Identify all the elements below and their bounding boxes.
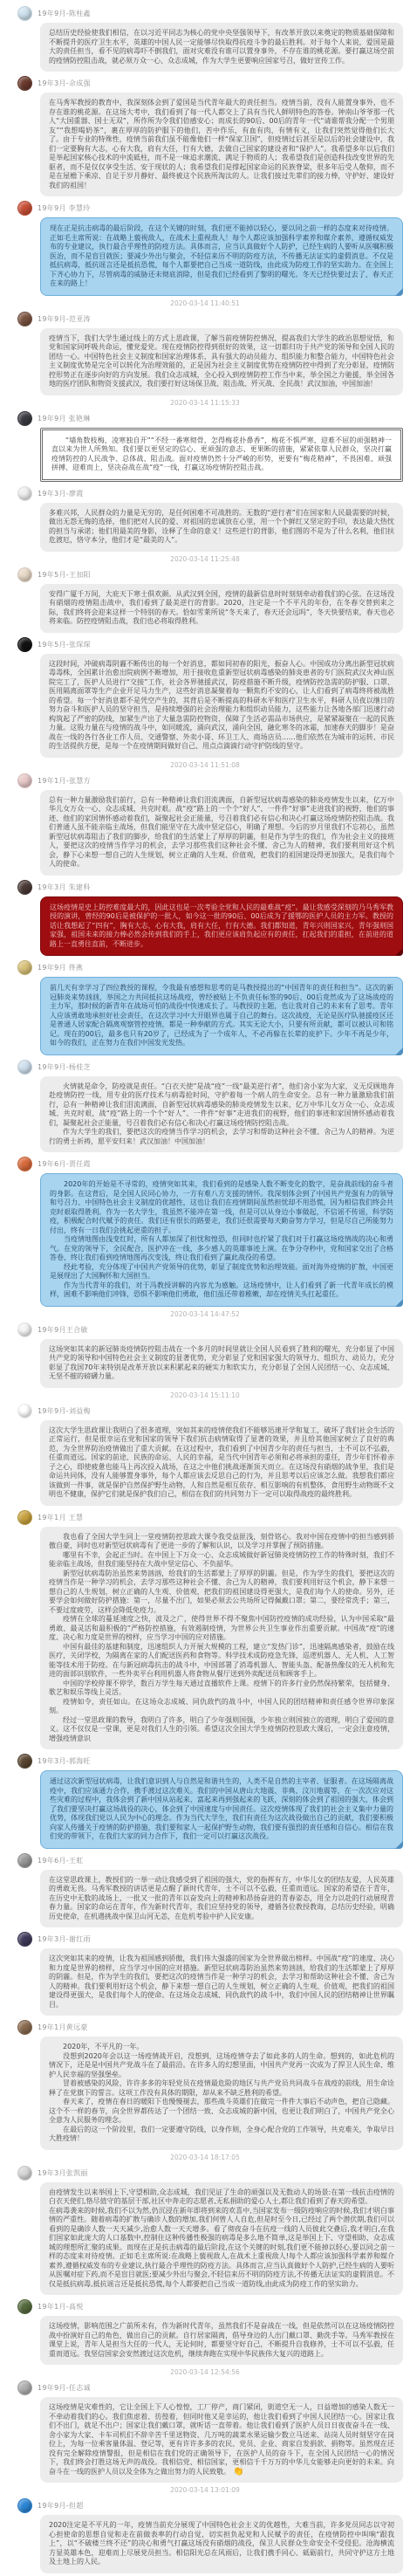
comment: 19年1月-张慧方 总有一种力量激励我们前行，总有一种精神让我们泪流满面，自新型… xyxy=(0,773,410,876)
user-avatar[interactable] xyxy=(17,411,32,426)
comment-bubble: 2020年的开始是不寻常的，疫情突如其来，我们看到的是感染人数不断变化的数字，是… xyxy=(40,1173,403,1307)
comment-bubble: 通过这次新型冠状病毒，让我们意识到人与自然是和谐共生的，人类不是自然的主宰者、征… xyxy=(40,1770,403,1849)
timestamp: 2020-03-14 14:47:52 xyxy=(0,1310,410,1318)
comment: 19年5月-张琛琛 这段时间，冲破病毒阴霾不断传出的每一个好消息，都如同初春的阳… xyxy=(0,637,410,758)
timestamp: 2020-03-14 13:01:09 xyxy=(0,2486,410,2494)
comment-bubble: 这次突如其来的疫情，让我为祖国感到骄傲，我们伟大强盛的国家为全世界做出榜样。中国… xyxy=(40,1948,403,2016)
comment: 19年9月 李慧玲 现在正是抗击病毒的最后阶段，在这个关键的时刻，我们更不能掉以… xyxy=(0,201,410,296)
comment-header: 19年9月-但超 xyxy=(17,2498,410,2513)
comment: 19年9月-刘益梅 这次大学生思政课让我明白了很多道理，突如其来的疫情使我们不能… xyxy=(0,1404,410,1506)
timestamp: 2020-03-14 11:25:48 xyxy=(0,555,410,563)
user-avatar[interactable] xyxy=(17,1932,32,1947)
comment: 19年3月 朱建科 这场疫情是史上防控难度最大的，因此这也是一次考验全党和人民的… xyxy=(0,880,410,957)
comment-paragraph: 当疫情地图由浅变红时，所有人都加深了担忧和惶恐，但同时也拧紧了我们对于打赢这场疫… xyxy=(50,1235,393,1263)
username: 19年3月-谢红雨 xyxy=(38,1934,91,1944)
user-avatar[interactable] xyxy=(17,76,32,91)
comment-header: 19年3月 朱建科 xyxy=(17,880,410,895)
comment: 19年3月-郭海旺 通过这次新型冠状病毒，让我们意识到人与自然是和谐共生的，人类… xyxy=(0,1754,410,1849)
user-avatar[interactable] xyxy=(17,2498,32,2513)
comment-header: 19年9月-范亚涛 xyxy=(17,312,410,326)
username: 19年9月王合敏 xyxy=(38,1325,88,1335)
comment-bubble: 火情就是命令，防疫就是责任。“白衣天使”是战“疫”一线“最美逆行者”，他们舍小家… xyxy=(40,1076,403,1153)
comment-paragraph: 疫情在全球的蔓延速度之快，波及之广，使得世界不得不聚焦中国防控疫情的成功经验，认… xyxy=(49,1615,394,1643)
comment-bubble: 2020年，不平凡的一年。没想到2020年会以这一场疫情战开启，没想到，这场疫情… xyxy=(40,2037,403,2150)
comment-bubble: 现在正是抗击病毒的最后阶段，在这个关键的时刻，我们更不能掉以轻心，要以同之前一样… xyxy=(40,217,403,296)
comment: 19年1月-高悦 这场疫情，影响范围之广前所未有，作为新时代青年，虽然我们不是奋… xyxy=(0,2299,410,2365)
comment-paragraph: 经过一堂思政课的教导，我明白了许多，明白了少年强则国强，少年独立则国独立的道理，… xyxy=(49,1716,394,1744)
user-avatar[interactable] xyxy=(17,201,32,216)
comment-header: 19年1月 王慧 xyxy=(17,1510,410,1525)
comment-paragraph: 新型冠状病毒防治虽然来势汹汹，给我们的生活都蒙上了厚厚的阴霾。但是，作为学生的我… xyxy=(49,1570,394,1616)
comment: 19年9月-任志诚 这场疫情是灾难性的，它让全国上下人心惶惶，工厂停产，商门紧闭… xyxy=(0,2380,410,2483)
comment-paragraph: 中国有最佳的基建和制度，迅速组织人力开展大规模的工程，建立“发热门诊”，迅速隔离… xyxy=(49,1643,394,1680)
comment-header: 19年9月 李慧玲 xyxy=(17,201,410,216)
comment-header: 19年3月-郭海旺 xyxy=(17,1754,410,1769)
comment: 19年9月王合敏 这场突如其来的新冠肺炎疫情防控阻击战在一个多月的时间里就让全国… xyxy=(0,1322,410,1388)
username: 19年9月 佟燕 xyxy=(38,963,83,972)
comment: 19年1月黄远豪 2020年，不平凡的一年。没想到2020年会以这一场疫情战开启… xyxy=(0,2020,410,2150)
comment-paragraph: 这次突如其来的疫情，让我为祖国感到骄傲，我们伟大强盛的国家为全世界做出榜样。中国… xyxy=(49,1954,394,2009)
comment-bubble: “墙角数枝梅，凌寒独自开”“不经一番寒彻骨，怎得梅花扑鼻香”，梅花不惧严寒，迎难… xyxy=(40,428,403,482)
comment-bubble: 这场疫情，影响范围之广前所未有，作为新时代青年，虽然我们不是奋战在一线，但是依然… xyxy=(40,2316,403,2365)
username: 19年3月-郭海旺 xyxy=(38,1756,91,1766)
comment-paragraph: 在病毒袭来的时候,我们不以为然,仍沉浸在新年即将到来的欢喜中,当国家发布一级防疫… xyxy=(49,2207,394,2290)
comment-paragraph: 多难兴邦，人民群众的力量是无穷的，是任何困难不可战胜的。无数的“逆行者”们在国家… xyxy=(49,509,394,546)
username: 19年1月-张慧方 xyxy=(38,776,91,786)
comment-paragraph: 由疫情发生以来举国上下,守望相助,众志成城，我们见证了生命的顽强以及无数动人的场… xyxy=(49,2188,394,2207)
comment-paragraph: 总有一种力量激励我们前行，总有一种精神让我们泪流满面，自新型冠状病毒感染的肺炎疫… xyxy=(49,796,394,869)
bubble-fold-corner xyxy=(395,1841,403,1849)
username: 19年1月 王慧 xyxy=(38,1513,83,1522)
comment-bubble: 前几天有幸学习了四位教授的课程，令我最有感想和思考的是马教授提出的“中国青年的责… xyxy=(40,977,403,1055)
comment-bubble: 多难兴邦，人民群众的力量是无穷的，是任何困难不可战胜的。无数的“逆行者”们在国家… xyxy=(40,503,403,552)
comment-paragraph: 通过这次新型冠状病毒，让我们意识到人与自然是和谐共生的，人类不是自然的主宰者、征… xyxy=(50,1777,393,1842)
comment-bubble: 疫情当下，我们大学生通过线上的方式上思政课，了解当前疫情防控情况，提高我们大学生… xyxy=(40,328,403,395)
timestamp: 2020-03-14 11:15:33 xyxy=(0,399,410,407)
comment-header: 19年3月张凯丽 xyxy=(17,2166,410,2181)
bubble-fold-corner xyxy=(395,288,403,296)
comment-paragraph: 疫情如令，责任如山。在这场众志成城、同仇敌忾的战斗中，中国人民的团结精神和责任感… xyxy=(49,1698,394,1716)
bubble-fold-corner xyxy=(395,1048,403,1055)
user-avatar[interactable] xyxy=(17,880,32,895)
user-avatar[interactable] xyxy=(17,960,32,975)
comment-paragraph: 在这堂思政课上，教授们的一举一动让我感受到了祖国的强大，党的指挥有方，中华儿女的… xyxy=(49,1876,394,1922)
user-avatar[interactable] xyxy=(17,1754,32,1769)
comment-paragraph: 作为当代青年的我们，对于冯教授讲解的内容尤为感触。这场疫情中，让人们看到了新一代… xyxy=(50,1281,393,1300)
comment-paragraph: 作为大学生的我们，要把这次的疫情当作学习的机会，去学习和帮助这种社会不懂、舍己为… xyxy=(49,1128,394,1146)
comment-paragraph: 在最后的这一个阶段里，我们一定要遵守防线，以身作则，全身心配合党的工作领导，共克… xyxy=(49,2126,394,2144)
comment-header: 19年9月-刘益梅 xyxy=(17,1404,410,1419)
username: 19年3月-廖霞 xyxy=(38,489,84,498)
username: 19年5月-王加阳 xyxy=(38,570,91,580)
username: 19年9月-但超 xyxy=(38,2501,84,2511)
bubble-fold-corner xyxy=(395,1299,403,1307)
comment-paragraph: 火情就是命令，防疫就是责任。“白衣天使”是战“疫”一线“最美逆行者”，他们舍小家… xyxy=(49,1082,394,1129)
comment: 19年1月 王慧 我也看了全国大学生同上一堂疫情防控思政大课令我受益匪浅，刻骨铭… xyxy=(0,1510,410,1750)
comment: 19年9月-范亚涛 疫情当下，我们大学生通过线上的方式上思政课，了解当前疫情防控… xyxy=(0,312,410,395)
comment-paragraph: 这场疫情是史上防控难度最大的，因此这也是一次考验全党和人民的最难战“疫”。最让我… xyxy=(50,903,393,950)
user-avatar[interactable] xyxy=(17,1157,32,1171)
comment: 19年6月-贾任霞 2020年的开始是不寻常的，疫情突如其来，我们看到的是感染人… xyxy=(0,1157,410,1307)
username: 19年6月-贾任霞 xyxy=(38,1159,91,1169)
comment-bubble: 2020注定是不平凡的一年，疫情当前充分展现了中国特色社会主义的优越性，大难当前… xyxy=(40,2515,403,2573)
comment: 19年3月-谢红雨 这次突如其来的疫情，让我为祖国感到骄傲，我们伟大强盛的国家为… xyxy=(0,1932,410,2016)
username: 19年3月-佘成强 xyxy=(38,79,91,88)
comment-bubble: 我也看了全国大学生同上一堂疫情防控思政大课令我受益匪浅，刻骨铭心。我对中国在疫情… xyxy=(40,1527,403,1750)
user-avatar[interactable] xyxy=(17,637,32,652)
comment-bubble: 在马秀军教授的教育中，我深刻体会到了爱国是当代青年最大的责任担当。疫情当前，没有… xyxy=(40,93,403,196)
comment-header: 19年3月-廖霞 xyxy=(17,486,410,501)
comment-header: 19年1月-张慧方 xyxy=(17,773,410,788)
comment-paragraph: 没想到2020年会以这一场疫情战开启，没想到，这场疫情夺去了如此多的人的生命。想… xyxy=(49,2052,394,2080)
comment-bubble: 总有一种力量激励我们前行，总有一种精神让我们泪流满面，自新型冠状病毒感染的肺炎疫… xyxy=(40,790,403,876)
comment: 19年3月张凯丽 由疫情发生以来举国上下,守望相助,众志成城，我们见证了生命的顽… xyxy=(0,2166,410,2296)
timestamp: 2020-03-14 11:40:51 xyxy=(0,299,410,307)
comment-header: 19年1月-高悦 xyxy=(17,2299,410,2314)
comment-paragraph: 总结历史经验使我们相信，在以习近平同志为核心的党中央坚强领导下，有改革开放以来奠… xyxy=(49,29,394,65)
comment-header: 19年6月-王虹 xyxy=(17,1853,410,1868)
comment-paragraph: 这段时间，冲破病毒阴霾不断传出的每一个好消息，都如同初春的阳光，振奋人心。中国成… xyxy=(49,660,394,752)
username: 19年9月-任志诚 xyxy=(38,2383,91,2393)
comment-bubble: 安得广厦千万间，大庇天下寒士俱欢颜。从武汉到全国，疫情的最新信息时时刻刻牵动着我… xyxy=(40,584,403,633)
comment-paragraph: 春天来了，疫情在春日的暖阳下也慢慢褪去，那些战斗英雄们在做完一件件大事后不动声色… xyxy=(49,2098,394,2126)
username: 19年5月-张琛琛 xyxy=(38,640,91,649)
comment-header: 19年9月-任志诚 xyxy=(17,2380,410,2395)
comment-paragraph: 前几天有幸学习了四位教授的课程，令我最有感想和思考的是马教授提出的“中国青年的责… xyxy=(50,984,393,1048)
comment: 19年9月-但超 2020注定是不平凡的一年，疫情当前充分展现了中国特色社会主义… xyxy=(0,2498,410,2573)
timestamp: 2020-03-14 18:17:05 xyxy=(0,2154,410,2161)
comment-paragraph: 中国的学校停课不停学，数百万学生每天通过直播软件上课。疫情下的许多行业仍然保持繁… xyxy=(49,1680,394,1698)
user-avatar[interactable] xyxy=(17,1060,32,1075)
username: 19年9月-陈柱鑫 xyxy=(38,9,91,18)
timestamp: 2020-03-14 11:51:08 xyxy=(0,761,410,769)
username: 19年6月-王虹 xyxy=(38,1856,84,1865)
user-avatar[interactable] xyxy=(17,567,32,582)
user-avatar[interactable] xyxy=(17,312,32,326)
comment: 19年3月-廖霞 多难兴邦，人民群众的力量是无穷的，是任何困难不可战胜的。无数的… xyxy=(0,486,410,552)
user-avatar[interactable] xyxy=(17,2380,32,2395)
clapping-hands-emoji: 👏 xyxy=(230,2467,244,2476)
comment: 19年9月 佟燕 前几天有幸学习了四位教授的课程，令我最有感想和思考的是马教授提… xyxy=(0,960,410,1055)
comment-bubble: 由疫情发生以来举国上下,守望相助,众志成城，我们见证了生命的顽强以及无数动人的场… xyxy=(40,2182,403,2296)
comment-paragraph: 冒着被感染的风险，许许多多的年轻党员在疫情最危险的地区与共产党员共同战斗在战疫的… xyxy=(49,2079,394,2098)
username: 19年9月-刘益梅 xyxy=(38,1406,91,1416)
comment-paragraph: 2020注定是不平凡的一年，疫情当前充分展现了中国特色社会主义的优越性，大难当前… xyxy=(49,2521,394,2567)
comment-header: 19年9月 佟燕 xyxy=(17,960,410,975)
comment-header: 19年9月-陈柱鑫 xyxy=(17,6,410,21)
bubble-fold-corner xyxy=(395,948,403,956)
comment-paragraph: 这场突如其来的新冠肺炎疫情防控阻击战在一个多月的时间里就让全国人民看到了胜利的曙… xyxy=(49,1345,394,1382)
user-avatar[interactable] xyxy=(17,486,32,501)
comment-bubble: 总结历史经验使我们相信，在以习近平同志为核心的党中央坚强领导下，有改革开放以来奠… xyxy=(40,23,403,72)
comment-paragraph: 2020年，不平凡的一年。 xyxy=(49,2043,394,2052)
comment-bubble: 这场突如其来的新冠肺炎疫情防控阻击战在一个多月的时间里就让全国人民看到了胜利的曙… xyxy=(40,1339,403,1388)
comment-header: 19年5月-张琛琛 xyxy=(17,637,410,652)
user-avatar[interactable] xyxy=(17,2166,32,2181)
user-avatar[interactable] xyxy=(17,2299,32,2314)
comment: 19年9月-陈柱鑫 总结历史经验使我们相信，在以习近平同志为核心的党中央坚强领导… xyxy=(0,6,410,72)
comment-header: 19年3月-佘成强 xyxy=(17,76,410,91)
comment-paragraph: 哪里有不幸，会起正当时。在中国上下万众一心、众志成城做好新冠肺炎疫情防控工作的特… xyxy=(49,1551,394,1570)
timestamp: 2020-03-14 15:11:10 xyxy=(0,1391,410,1399)
comment-header: 19年5月-王加阳 xyxy=(17,567,410,582)
comment-paragraph: 我也看了全国大学生同上一堂疫情防控思政大课令我受益匪浅，刻骨铭心。我对中国在疫情… xyxy=(49,1533,394,1551)
user-avatar[interactable] xyxy=(17,1322,32,1337)
comment-header: 19年9月王合敏 xyxy=(17,1322,410,1337)
comment-bubble: 这场疫情是灾难性的，它让全国上下人心惶惶，工厂停产，商门紧闭，街道空无一人，日益… xyxy=(40,2397,403,2483)
user-avatar[interactable] xyxy=(17,1510,32,1525)
comment-paragraph: 现在正是抗击病毒的最后阶段，在这个关键的时刻，我们更不能掉以轻心，要以同之前一样… xyxy=(50,224,393,289)
comment: 19年9月 张艳琳 “墙角数枝梅，凌寒独自开”“不经一番寒彻骨，怎得梅花扑鼻香”… xyxy=(0,411,410,482)
username: 19年3月张凯丽 xyxy=(38,2168,88,2178)
comment-paragraph: 这次大学生思政课让我明白了很多道理，突如其来的疫情使我们不能够迅速开学和复工，破… xyxy=(49,1426,394,1500)
username: 19年1月-高悦 xyxy=(38,2302,84,2312)
comment-paragraph: 这场疫情，影响范围之广前所未有，作为新时代青年，虽然我们不是奋战在一线，但是依然… xyxy=(49,2322,394,2359)
comment: 19年5月-王加阳 安得广厦千万间，大庇天下寒士俱欢颜。从武汉到全国，疫情的最新… xyxy=(0,567,410,633)
comment-bubble: 这场疫情是史上防控难度最大的，因此这也是一次考验全党和人民的最难战“疫”。最让我… xyxy=(40,896,403,957)
comment: 19年6月-王虹 在这堂思政课上，教授们的一举一动让我感受到了祖国的强大，党的指… xyxy=(0,1853,410,1928)
username: 19年9月 张艳琳 xyxy=(38,414,91,423)
user-avatar[interactable] xyxy=(17,6,32,21)
username: 19年9月-范亚涛 xyxy=(38,314,91,324)
username: 19年9月-杨桂芝 xyxy=(38,1062,91,1072)
comment-paragraph: “墙角数枝梅，凌寒独自开”“不经一番寒彻骨，怎得梅花扑鼻香”，梅花不惧严寒，迎难… xyxy=(51,436,392,473)
username: 19年1月黄远豪 xyxy=(38,2023,88,2032)
username: 19年9月 李慧玲 xyxy=(38,203,91,213)
comment-header: 19年9月 张艳琳 xyxy=(17,411,410,426)
comment-header: 19年3月-谢红雨 xyxy=(17,1932,410,1947)
user-avatar[interactable] xyxy=(17,2020,32,2035)
comment-bubble: 这段时间，冲破病毒阴霾不断传出的每一个好消息，都如同初春的阳光，振奋人心。中国成… xyxy=(40,654,403,758)
comment-paragraph: 安得广厦千万间，大庇天下寒士俱欢颜。从武汉到全国，疫情的最新信息时时刻刻牵动着我… xyxy=(49,590,394,627)
comment-bubble: 在这堂思政课上，教授们的一举一动让我感受到了祖国的强大，党的指挥有方，中华儿女的… xyxy=(40,1870,403,1928)
timestamp: 2020-03-14 12:54:56 xyxy=(0,2368,410,2376)
comment-header: 19年1月黄远豪 xyxy=(17,2020,410,2035)
comment-header: 19年6月-贾任霞 xyxy=(17,1157,410,1171)
user-avatar[interactable] xyxy=(17,773,32,788)
user-avatar[interactable] xyxy=(17,1404,32,1419)
comment-paragraph: 这场疫情是灾难性的，它让全国上下人心惶惶，工厂停产，商门紧闭，街道空无一人，日益… xyxy=(49,2403,394,2476)
user-avatar[interactable] xyxy=(17,1853,32,1868)
comment-paragraph: 2020年的开始是不寻常的，疫情突如其来，我们看到的是感染人数不断变化的数字，是… xyxy=(50,1180,393,1235)
comment-feed[interactable]: 19年9月-陈柱鑫 总结历史经验使我们相信，在以习近平同志为核心的党中央坚强领导… xyxy=(0,0,410,2576)
username: 19年3月 朱建科 xyxy=(38,883,91,892)
comment-paragraph: 经此考验，充分体现了中国共产党领导的优势，彰显了制度优势和治理效能。面对海外疫情… xyxy=(50,1263,393,1281)
comment-header: 19年9月-杨桂芝 xyxy=(17,1060,410,1075)
comment: 19年9月-杨桂芝 火情就是命令，防疫就是责任。“白衣天使”是战“疫”一线“最美… xyxy=(0,1060,410,1153)
comment-paragraph: 疫情当下，我们大学生通过线上的方式上思政课，了解当前疫情防控情况，提高我们大学生… xyxy=(49,334,394,389)
comment-paragraph: 在马秀军教授的教育中，我深刻体会到了爱国是当代青年最大的责任担当。疫情当前，没有… xyxy=(49,99,394,190)
comment: 19年3月-佘成强 在马秀军教授的教育中，我深刻体会到了爱国是当代青年最大的责任… xyxy=(0,76,410,196)
comment-bubble: 这次大学生思政课让我明白了很多道理，突如其来的疫情使我们不能够迅速开学和复工，破… xyxy=(40,1420,403,1506)
